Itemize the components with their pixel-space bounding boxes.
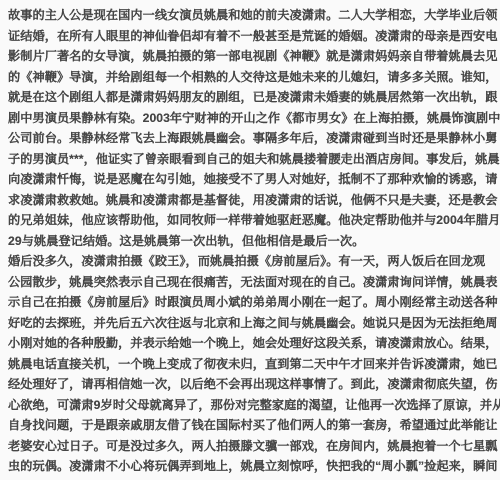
text-line: 虫的玩偶。凌潇肃不小心将玩偶弄到地上，姚晨立刻惊呼，快把我的“周小瓢”捡起来，瞬…	[8, 456, 492, 477]
text-line: 29与姚晨登记结婚。这是姚晨第一次出轨，但他相信是最后一次。	[8, 231, 492, 252]
paragraph-2: 婚后没多久，凌潇肃拍摄《跤王》，而姚晨拍摄《房前屋后》。有一天，两人饭后在回龙观…	[8, 251, 492, 477]
text-line: 小刚对她的各种殷勤，并表示给她一个晚上，她会处理好这段关系，请凌潇肃放心。结果，	[8, 333, 492, 354]
text-line: 的《神鞭》导演，并给剧组每一个相熟的人交待这是她未来的儿媳妇，请多多关照。谁知，	[8, 67, 492, 88]
text-line: 影制片厂著名的女导演，姚晨拍摄的第一部电视剧《神鞭》就是潇肃妈妈亲自带着姚晨去见	[8, 46, 492, 67]
text-line: 自身找问题，于是跟亲戚朋友借了钱在国际村买了他们两人的第一套房，希望通过此举能让	[8, 415, 492, 436]
text-line: 公园散步，姚晨突然表示自己现在很痛苦，无法面对现在的自己。凌潇肃询问详情，姚晨表	[8, 272, 492, 293]
text-line: 子的男演员***，他证实了曾亲眼看到自己的姐夫和姚晨搂着腰走出酒店房间。事发后，…	[8, 149, 492, 170]
text-line: 求凌潇肃救救她。姚晨和凌潇肃都是基督徒，用凌潇肃的话说，他俩不只是夫妻，还是教会	[8, 190, 492, 211]
text-line: 剧中男演员果静林有染。2003年宁财神的开山之作《都市男女》在上海拍摄，姚晨饰演…	[8, 108, 492, 129]
text-line: 就是在这个剧组人都是潇肃妈妈朋友的剧组，已是凌潇肃未婚妻的姚晨居然第一次出轨，跟	[8, 87, 492, 108]
text-line: 的兄弟姐妹，他应该帮助他，如同牧师一样带着她驱赶恶魔。他决定帮助他并与2004年…	[8, 210, 492, 231]
page: { "page": { "background": "#fafafa", "te…	[0, 0, 500, 480]
text-line: 老婆安心过日子。可是没过多久，两人拍摄滕文骥一部戏，在房间内，姚晨抱着一个七星瓢	[8, 436, 492, 457]
text-line: 姚晨电话直接关机，一个晚上变成了彻夜未归，直到第二天中午才回来并告诉凌潇肃，她已	[8, 354, 492, 375]
text-line: 经处理好了，请再相信她一次，以后绝不会再出现这样事情了。到此，凌潇肃彻底失望，伤	[8, 374, 492, 395]
text-line: 婚后没多久，凌潇肃拍摄《跤王》，而姚晨拍摄《房前屋后》。有一天，两人饭后在回龙观	[8, 251, 492, 272]
text-line: 向凌潇肃忏悔，说是恶魔在勾引她，她接受不了男人对她好，抵制不了那种欢愉的诱惑，请	[8, 169, 492, 190]
text-line: 好吃的去探班，并先后五六次往返与北京和上海之间与姚晨幽会。她说只是因为无法拒绝周	[8, 313, 492, 334]
text-line: 证结婚，在所有人眼里的神仙眷侣却有着不一般甚至是荒诞的婚姻。凌潇肃的母亲是西安电	[8, 26, 492, 47]
text-line: 示自己在拍摄《房前屋后》时跟演员周小斌的弟弟周小刚在一起了。周小刚经常主动送各种	[8, 292, 492, 313]
article-text: 故事的主人公是现在国内一线女演员姚晨和她的前夫凌潇肃。二人大学相恋，大学毕业后领…	[0, 0, 500, 480]
text-line: 公司前台。果静林经常飞去上海跟姚晨幽会。事隔多年后，凌潇肃碰到当时还是果静林小舅	[8, 128, 492, 149]
text-line: 心欲绝，可潇肃9岁时父母就离异了，那份对完整家庭的渴望，让他再一次选择了原谅，并…	[8, 395, 492, 416]
paragraph-1: 故事的主人公是现在国内一线女演员姚晨和她的前夫凌潇肃。二人大学相恋，大学毕业后领…	[8, 5, 492, 251]
text-line: 故事的主人公是现在国内一线女演员姚晨和她的前夫凌潇肃。二人大学相恋，大学毕业后领	[8, 5, 492, 26]
